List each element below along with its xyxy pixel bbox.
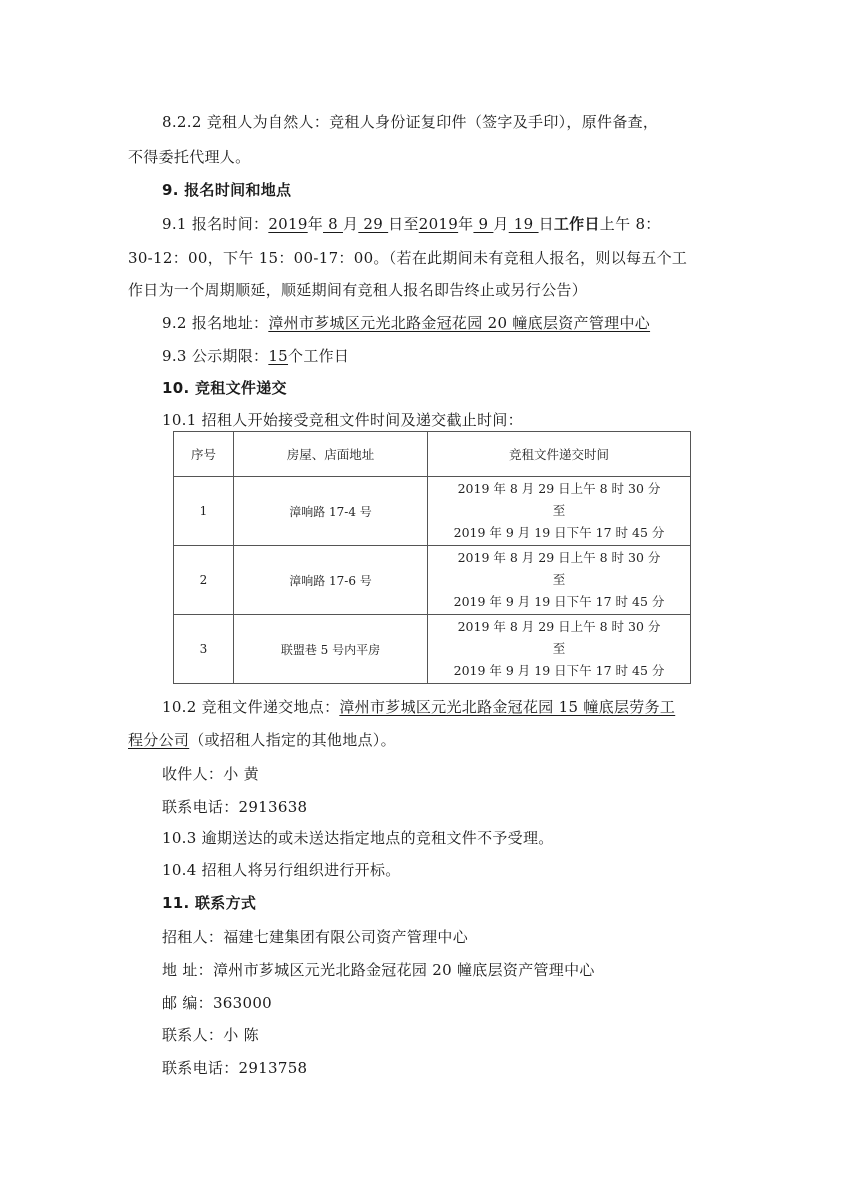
- clause-9-1-line1: 9.1 报名时间：2019年 8 月 29 日至2019年 9 月 19 日工作…: [162, 214, 661, 234]
- submission-address: 漳州市芗城区元光北路金冠花园 15 幢底层劳务工: [339, 698, 675, 716]
- header-no: 序号: [174, 432, 234, 477]
- clause-8-2-2-line1: 8.2.2 竞租人为自然人：竞租人身份证复印件（签字及手印），原件备查，: [162, 112, 658, 132]
- registration-address: 漳州市芗城区元光北路金冠花园 20 幢底层资产管理中心: [268, 314, 650, 332]
- recipient-phone: 联系电话：2913638: [162, 797, 307, 817]
- clause-9-3: 9.3 公示期限：15个工作日: [162, 346, 349, 366]
- table-row: 3 联盟巷 5 号内平房 2019 年 8 月 29 日上午 8 时 30 分 …: [174, 615, 691, 684]
- heading-9: 9. 报名时间和地点: [162, 180, 291, 200]
- heading-11: 11. 联系方式: [162, 893, 256, 913]
- contact-tenderer: 招租人：福建七建集团有限公司资产管理中心: [162, 927, 468, 947]
- contact-postcode: 邮 编：363000: [162, 993, 272, 1013]
- clause-9-1-line3: 作日为一个周期顺延，顺延期间有竞租人报名即告终止或另行公告）: [128, 280, 587, 300]
- clause-10-3: 10.3 逾期送达的或未送达指定地点的竞租文件不予受理。: [162, 828, 554, 848]
- clause-9-1-line2: 30-12：00，下午 15：00-17：00。（若在此期间未有竞租人报名，则以…: [128, 248, 687, 268]
- contact-address: 地 址：漳州市芗城区元光北路金冠花园 20 幢底层资产管理中心: [162, 960, 595, 980]
- workday-emphasis: 工作日: [554, 215, 600, 233]
- clause-8-2-2-line2: 不得委托代理人。: [128, 147, 250, 167]
- contact-person: 联系人：小 陈: [162, 1025, 259, 1045]
- clause-10-4: 10.4 招租人将另行组织进行开标。: [162, 860, 401, 880]
- clause-10-1: 10.1 招租人开始接受竞租文件时间及递交截止时间：: [162, 410, 523, 430]
- clause-9-2: 9.2 报名地址：漳州市芗城区元光北路金冠花园 20 幢底层资产管理中心: [162, 313, 650, 333]
- header-address: 房屋、店面地址: [234, 432, 428, 477]
- clause-10-2-line2: 程分公司（或招租人指定的其他地点）。: [128, 730, 396, 750]
- recipient: 收件人：小 黄: [162, 764, 259, 784]
- header-time: 竞租文件递交时间: [428, 432, 691, 477]
- contact-phone: 联系电话：2913758: [162, 1058, 307, 1078]
- submission-schedule-table: 序号 房屋、店面地址 竞租文件递交时间 1 漳响路 17-4 号 2019 年 …: [173, 431, 691, 684]
- table-header-row: 序号 房屋、店面地址 竞租文件递交时间: [174, 432, 691, 477]
- heading-10: 10. 竞租文件递交: [162, 378, 287, 398]
- table-row: 2 漳响路 17-6 号 2019 年 8 月 29 日上午 8 时 30 分 …: [174, 546, 691, 615]
- table-row: 1 漳响路 17-4 号 2019 年 8 月 29 日上午 8 时 30 分 …: [174, 477, 691, 546]
- clause-10-2-line1: 10.2 竞租文件递交地点：漳州市芗城区元光北路金冠花园 15 幢底层劳务工: [162, 697, 675, 717]
